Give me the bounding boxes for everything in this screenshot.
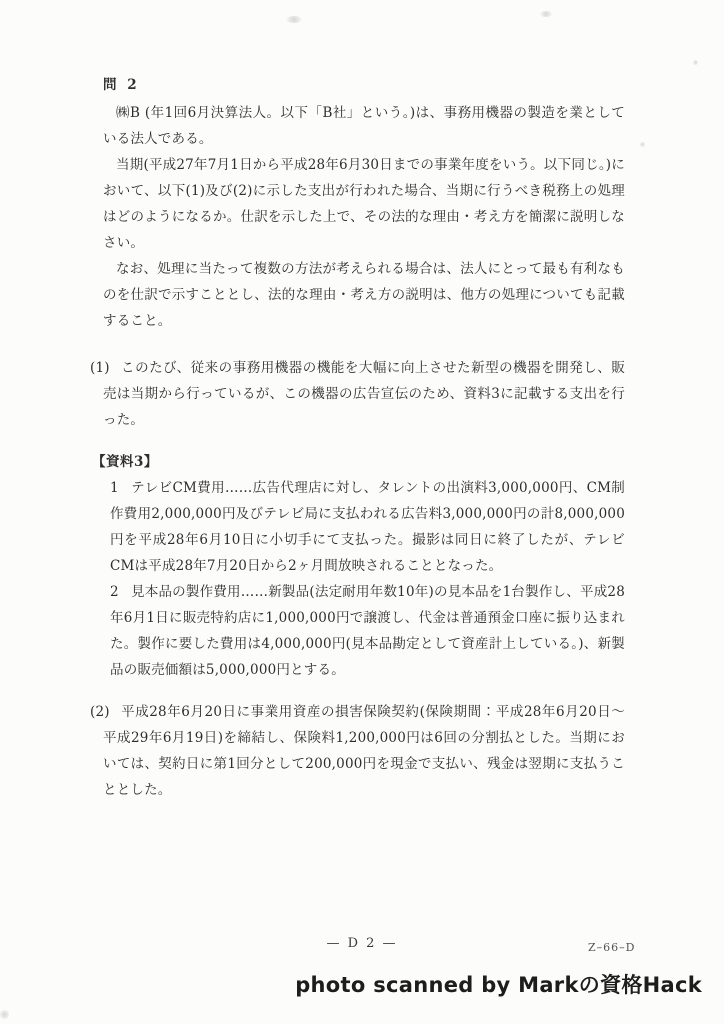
scan-artifact [640, 142, 645, 147]
case-item-1: (1)このたび、従来の事務用機器の機能を大幅に向上させた新型の機器を開発し、販売… [103, 355, 625, 433]
exhibit-item-2-number: 2 [110, 579, 131, 605]
case-item-2: (2)平成28年6月20日に事業用資産の損害保険契約(保険期間：平成28年6月2… [103, 699, 625, 803]
document-content: 問 2 ㈱B (年1回6月決算法人。以下「B社」という。)は、事務用機器の製造を… [103, 72, 625, 803]
footer-document-code: Z–66–D [588, 941, 635, 954]
case-1-text: このたび、従来の事務用機器の機能を大幅に向上させた新型の機器を開発し、販売は当期… [103, 360, 625, 428]
exhibit-3-heading: 【資料3】 [92, 449, 625, 475]
intro-paragraph-2: 当期(平成27年7月1日から平成28年6月30日までの事業年度をいう。以下同じ。… [103, 152, 625, 256]
case-1-label: (1) [90, 360, 110, 376]
exhibit-item-2-text: 見本品の製作費用……新製品(法定耐用年数10年)の見本品を1台製作し、平成28年… [110, 584, 625, 678]
intro-paragraph-3: なお、処理に当たって複数の方法が考えられる場合は、法人にとって最も有利なものを仕… [103, 256, 625, 334]
exhibit-item-1: 1テレビCM費用……広告代理店に対し、タレントの出演料3,000,000円、CM… [110, 475, 625, 579]
intro-paragraph-1: ㈱B (年1回6月決算法人。以下「B社」という。)は、事務用機器の製造を業として… [103, 100, 625, 152]
exhibit-item-1-number: 1 [110, 475, 131, 501]
scan-artifact [0, 1010, 9, 1019]
scan-artifact [693, 60, 698, 65]
scan-artifact [286, 16, 302, 23]
case-2-text: 平成28年6月20日に事業用資産の損害保険契約(保険期間：平成28年6月20日〜… [103, 704, 625, 798]
scan-watermark: photo scanned by Markの資格Hack [295, 969, 702, 999]
question-number: 問 2 [103, 72, 625, 98]
exhibit-item-2: 2見本品の製作費用……新製品(法定耐用年数10年)の見本品を1台製作し、平成28… [110, 579, 625, 683]
exhibit-item-1-text: テレビCM費用……広告代理店に対し、タレントの出演料3,000,000円、CM制… [110, 480, 625, 574]
scan-artifact [540, 11, 552, 17]
scanned-exam-page: 問 2 ㈱B (年1回6月決算法人。以下「B社」という。)は、事務用機器の製造を… [0, 0, 724, 1024]
case-2-label: (2) [90, 704, 110, 720]
